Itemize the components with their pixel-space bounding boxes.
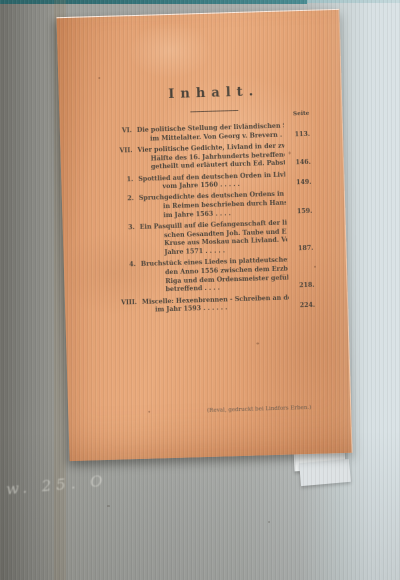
- toc-entry-page: 218.: [288, 282, 314, 291]
- printer-imprint: (Reval, gedruckt bei Lindfors Erben.): [168, 404, 350, 415]
- printed-content: Inhalt. Seite VI. Die politische Stellun…: [57, 10, 352, 461]
- page-title: Inhalt.: [73, 81, 355, 104]
- photographed-book-page: w. 25. O Inhalt. Seite VI. Die politisch…: [0, 0, 400, 580]
- page-column-header: Seite: [105, 111, 309, 123]
- toc-entry-number: [111, 307, 142, 317]
- table-of-contents: VI. Die politische Stellung der livländi…: [106, 122, 316, 317]
- protruding-paper-strip: [299, 459, 351, 486]
- title-divider-rule: [190, 110, 238, 112]
- scanner-edge-strip: [0, 0, 307, 4]
- background-speck: [107, 505, 110, 507]
- toc-entry-page: 224.: [289, 302, 315, 311]
- toc-entry-number: [107, 184, 138, 194]
- toc-entry-page: 187.: [287, 245, 313, 254]
- toc-entry-page: 149.: [285, 179, 311, 188]
- toc-entry-page: 159.: [286, 208, 312, 217]
- toc-entry-number: [107, 164, 138, 174]
- book-cover-page: Inhalt. Seite VI. Die politische Stellun…: [56, 9, 352, 461]
- background-speck: [268, 521, 270, 523]
- toc-entry-number: [106, 136, 137, 146]
- toc-entry-number: [111, 287, 142, 297]
- toc-entry-page: 146.: [285, 159, 311, 168]
- toc-entry-page: 113.: [284, 131, 310, 140]
- toc-entry-number: [108, 213, 139, 223]
- scanner-edge-strip-light: [307, 0, 400, 3]
- toc-entry-number: [109, 250, 140, 260]
